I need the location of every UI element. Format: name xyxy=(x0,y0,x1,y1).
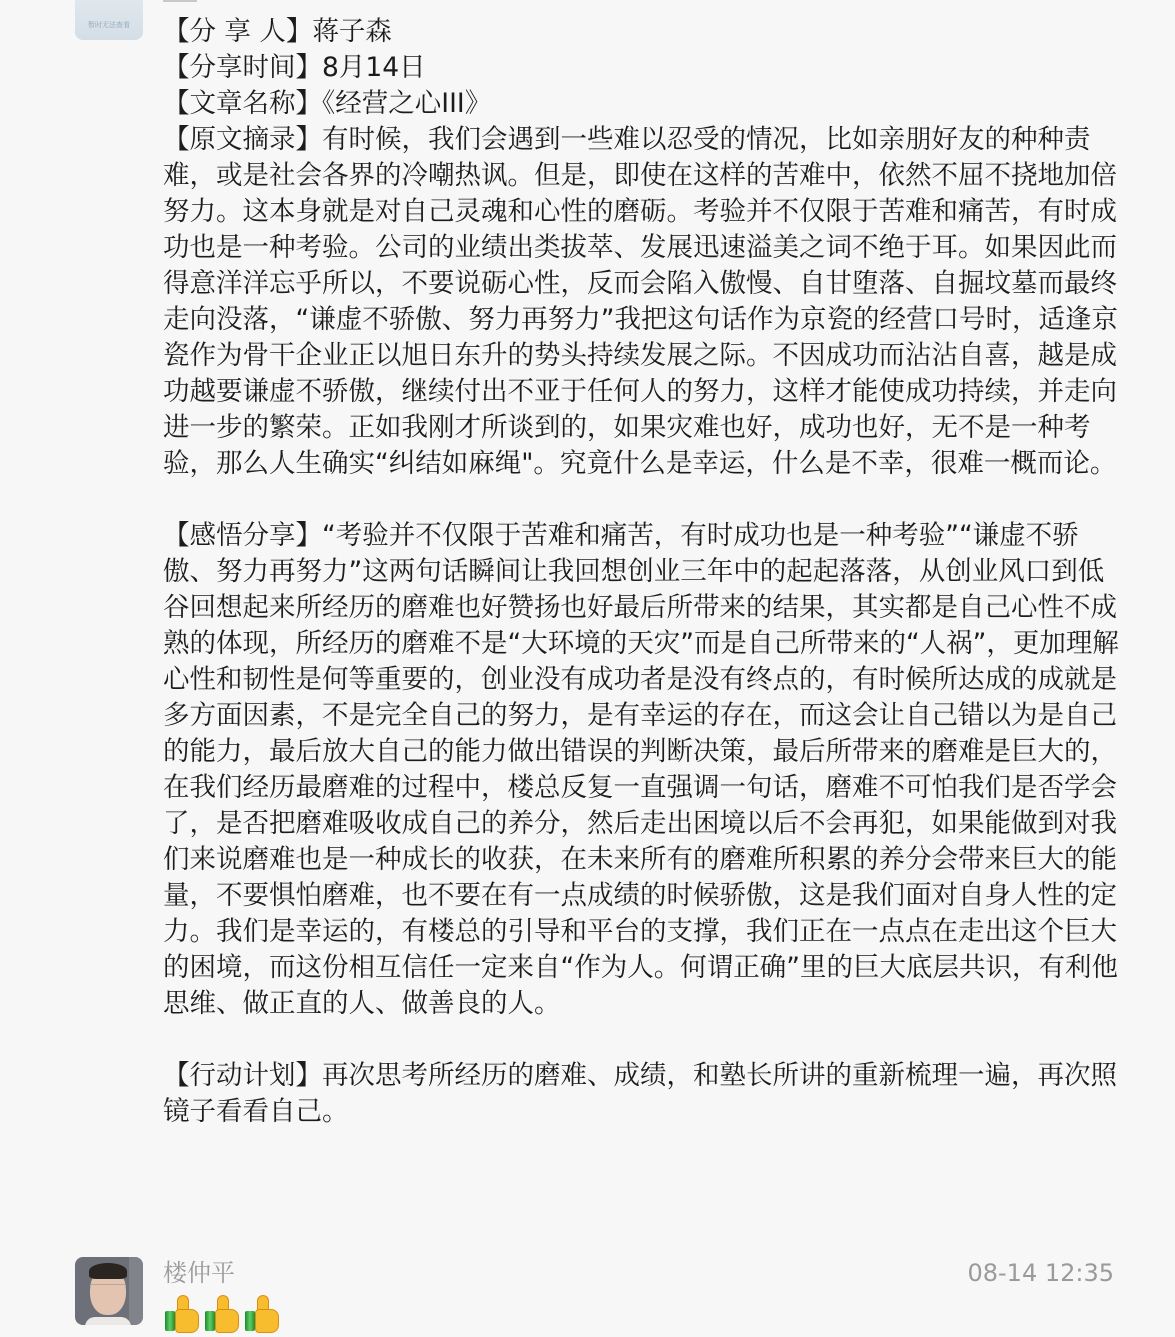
article-title-line: 【文章名称】《经营之心III》 xyxy=(163,86,1123,122)
comment-author-name[interactable]: 楼仲平 xyxy=(163,1257,235,1289)
post-author-avatar-placeholder[interactable]: 暂时无法查看 xyxy=(75,0,143,40)
excerpt-paragraph: 【原文摘录】有时候，我们会遇到一些难以忍受的情况，比如亲朋好友的种种责难，或是社… xyxy=(163,122,1123,482)
avatar-placeholder-text: 暂时无法查看 xyxy=(75,20,143,30)
reflection-paragraph: 【感悟分享】“考验并不仅限于苦难和痛苦，有时成功也是一种考验”“谦虚不骄傲、努力… xyxy=(163,518,1123,1022)
thumbs-up-icon xyxy=(163,1295,201,1331)
post-author-name-clipped xyxy=(163,0,197,2)
sharer-line: 【分 享 人】蒋子森 xyxy=(163,14,1123,50)
comment-body xyxy=(163,1295,281,1331)
action-plan-paragraph: 【行动计划】再次思考所经历的磨难、成绩，和塾长所讲的重新梳理一遍，再次照镜子看看… xyxy=(163,1058,1123,1130)
paragraph-gap xyxy=(163,482,1123,518)
comment-item: 楼仲平 08-14 12:35 xyxy=(0,1257,1175,1337)
share-time-line: 【分享时间】8月14日 xyxy=(163,50,1123,86)
comment-timestamp: 08-14 12:35 xyxy=(967,1257,1114,1289)
post-content: 【分 享 人】蒋子森 【分享时间】8月14日 【文章名称】《经营之心III》 【… xyxy=(163,14,1123,1130)
paragraph-gap xyxy=(163,1022,1123,1058)
thumbs-up-icon xyxy=(243,1295,281,1331)
thumbs-up-icon xyxy=(203,1295,241,1331)
comment-author-avatar[interactable] xyxy=(75,1257,143,1325)
